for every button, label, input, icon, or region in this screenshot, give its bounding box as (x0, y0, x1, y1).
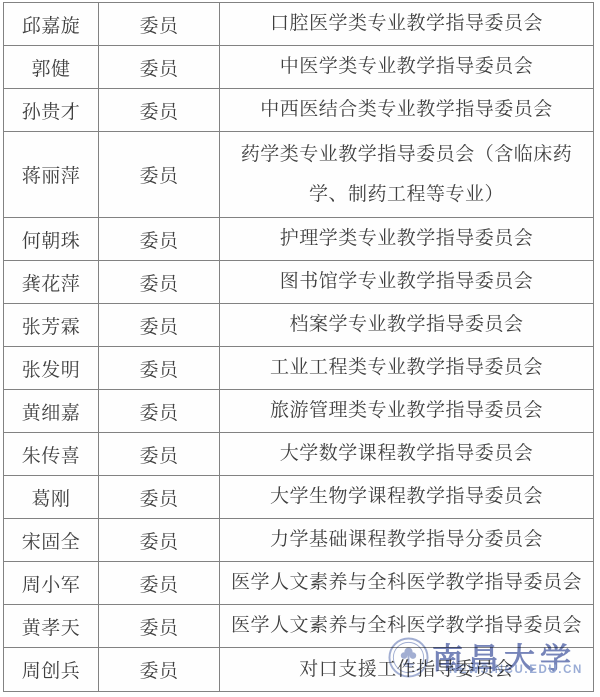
table-row: 宋固全 委员 力学基础课程教学指导分委员会 (4, 519, 593, 562)
member-name-cell: 邱嘉旋 (4, 3, 99, 45)
table-row: 黄孝天 委员 医学人文素养与全科医学教学指导委员会 (4, 605, 593, 648)
member-name-cell: 龚花萍 (4, 261, 99, 303)
table-row: 郭健 委员 中医学类专业教学指导委员会 (4, 46, 593, 89)
member-name-cell: 宋固全 (4, 519, 99, 561)
table-row: 周小军 委员 医学人文素养与全科医学教学指导委员会 (4, 562, 593, 605)
table-row: 朱传喜 委员 大学数学课程教学指导委员会 (4, 433, 593, 476)
committee-name-cell: 档案学专业教学指导委员会 (220, 304, 593, 346)
committee-name-cell: 工业工程类专业教学指导委员会 (220, 347, 593, 389)
table-row: 张发明 委员 工业工程类专业教学指导委员会 (4, 347, 593, 390)
member-name-cell: 蒋丽萍 (4, 132, 99, 217)
member-role-cell: 委员 (99, 3, 220, 45)
committee-name-cell: 对口支援工作指导委员会 (220, 648, 593, 691)
member-role-cell: 委员 (99, 476, 220, 518)
member-role-cell: 委员 (99, 390, 220, 432)
table-row: 张芳霖 委员 档案学专业教学指导委员会 (4, 304, 593, 347)
member-name-cell: 葛刚 (4, 476, 99, 518)
member-name-cell: 孙贵才 (4, 89, 99, 131)
committee-name-cell: 口腔医学类专业教学指导委员会 (220, 3, 593, 45)
table-row: 孙贵才 委员 中西医结合类专业教学指导委员会 (4, 89, 593, 132)
member-name-cell: 郭健 (4, 46, 99, 88)
table-row: 葛刚 委员 大学生物学课程教学指导委员会 (4, 476, 593, 519)
member-role-cell: 委员 (99, 562, 220, 604)
member-role-cell: 委员 (99, 89, 220, 131)
member-name-cell: 朱传喜 (4, 433, 99, 475)
member-role-cell: 委员 (99, 648, 220, 691)
committee-name-cell: 力学基础课程教学指导分委员会 (220, 519, 593, 561)
member-name-cell: 张发明 (4, 347, 99, 389)
member-name-cell: 周创兵 (4, 648, 99, 691)
committee-name-cell: 旅游管理类专业教学指导委员会 (220, 390, 593, 432)
member-role-cell: 委员 (99, 433, 220, 475)
committee-name-cell: 药学类专业教学指导委员会（含临床药学、制药工程等专业） (220, 132, 593, 217)
committee-name-cell: 大学数学课程教学指导委员会 (220, 433, 593, 475)
member-name-cell: 黄细嘉 (4, 390, 99, 432)
member-role-cell: 委员 (99, 261, 220, 303)
member-role-cell: 委员 (99, 46, 220, 88)
committee-name-cell: 大学生物学课程教学指导委员会 (220, 476, 593, 518)
table-row: 何朝珠 委员 护理学类专业教学指导委员会 (4, 218, 593, 261)
member-role-cell: 委员 (99, 605, 220, 647)
member-name-cell: 何朝珠 (4, 218, 99, 260)
committee-name-cell: 医学人文素养与全科医学教学指导委员会 (220, 605, 593, 647)
table-row: 周创兵 委员 对口支援工作指导委员会 (4, 648, 593, 691)
member-role-cell: 委员 (99, 304, 220, 346)
table-row: 蒋丽萍 委员 药学类专业教学指导委员会（含临床药学、制药工程等专业） (4, 132, 593, 218)
committee-name-cell: 中西医结合类专业教学指导委员会 (220, 89, 593, 131)
committee-name-cell: 中医学类专业教学指导委员会 (220, 46, 593, 88)
member-role-cell: 委员 (99, 519, 220, 561)
member-role-cell: 委员 (99, 132, 220, 217)
member-name-cell: 黄孝天 (4, 605, 99, 647)
table-row: 邱嘉旋 委员 口腔医学类专业教学指导委员会 (4, 3, 593, 46)
table-row: 黄细嘉 委员 旅游管理类专业教学指导委员会 (4, 390, 593, 433)
member-role-cell: 委员 (99, 218, 220, 260)
member-name-cell: 周小军 (4, 562, 99, 604)
table-row: 龚花萍 委员 图书馆学专业教学指导委员会 (4, 261, 593, 304)
committee-name-cell: 医学人文素养与全科医学教学指导委员会 (220, 562, 593, 604)
committee-name-cell: 护理学类专业教学指导委员会 (220, 218, 593, 260)
member-name-cell: 张芳霖 (4, 304, 99, 346)
committee-name-cell: 图书馆学专业教学指导委员会 (220, 261, 593, 303)
committee-member-table: 邱嘉旋 委员 口腔医学类专业教学指导委员会 郭健 委员 中医学类专业教学指导委员… (3, 2, 594, 692)
member-role-cell: 委员 (99, 347, 220, 389)
